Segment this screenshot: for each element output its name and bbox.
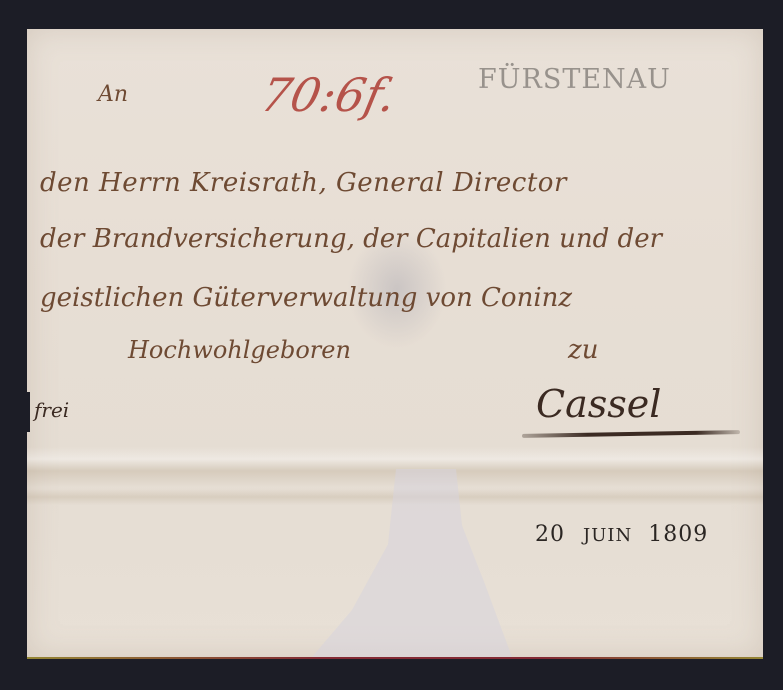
- rate-marking: 70:6f.: [256, 68, 401, 122]
- date-year: 1809: [648, 522, 708, 547]
- address-zu: zu: [568, 335, 598, 365]
- address-line-3: geistlichen Güterverwaltung von Coninz: [40, 283, 572, 313]
- date-postmark: 20 JUIN 1809: [535, 522, 708, 547]
- date-day: 20: [535, 522, 565, 547]
- frei-marking: frei: [34, 398, 69, 422]
- address-line-2: der Brandversicherung, der Capitalien un…: [40, 224, 662, 254]
- address-line-4: Hochwohlgeboren: [128, 336, 351, 364]
- date-month: JUIN: [583, 525, 632, 546]
- salutation: An: [98, 82, 128, 107]
- address-city: Cassel: [536, 382, 661, 426]
- town-postmark: FÜRSTENAU: [478, 64, 671, 95]
- paper-notch: [22, 392, 30, 432]
- address-line-1: den Herrn Kreisrath, General Director: [40, 168, 567, 198]
